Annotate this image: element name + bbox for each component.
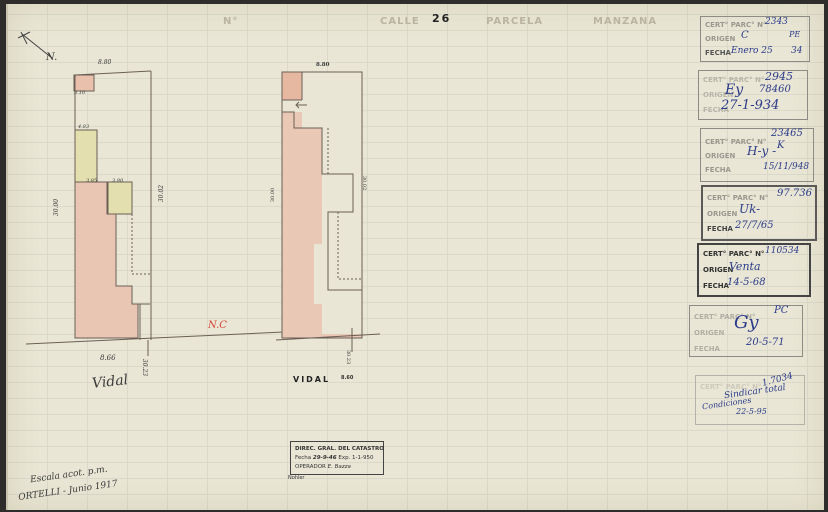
right-street-width: 8.60 xyxy=(341,375,353,381)
cert-stamp-7: CERT° PARC° N° 1.7034 Sindicar total Con… xyxy=(695,375,805,425)
catastro-operator-row: OPERADOR E. Bazza xyxy=(295,464,351,470)
left-corner-label: 3.10 xyxy=(74,90,85,96)
catastro-stamp: DIREC. GRAL. DEL CATASTRO Fecha 29-9-46 … xyxy=(290,441,384,475)
cadastral-sheet: 26 N° CALLE PARCELA MANZANA xyxy=(6,4,824,510)
left-top-width-label: 8.80 xyxy=(98,59,111,66)
right-left-depth-label: 30.00 xyxy=(270,188,276,202)
left-step-label-2: 3.85 xyxy=(86,178,97,184)
right-side-depth-label: 30.23 xyxy=(345,350,351,364)
left-step-label-1: 4.83 xyxy=(78,124,89,130)
left-side-depth-label: 30.23 xyxy=(141,359,148,376)
catastro-date-row: Fecha 29-9-46 Exp. 1-1-950 xyxy=(295,455,374,461)
right-parcel-plan xyxy=(276,72,380,352)
left-right-depth-label: 30.02 xyxy=(158,185,165,202)
catastro-signature: Nohler xyxy=(288,475,305,481)
left-bottom-width-label: 8.66 xyxy=(100,354,116,362)
catastro-title: DIREC. GRAL. DEL CATASTRO xyxy=(295,446,384,452)
right-right-depth-label: 30.02 xyxy=(361,176,367,190)
left-depth-label: 30.00 xyxy=(53,199,60,216)
left-step-label-3: 3.90 xyxy=(112,178,123,184)
right-street-name: VIDAL xyxy=(293,375,330,384)
cert-stamp-1: CERT° PARC° N° ORIGEN FECHA 2343 C PE En… xyxy=(700,16,810,62)
left-parcel-plan xyxy=(26,71,284,356)
cert-stamp-2: CERT° PARC° N° ORIGEN FECHA 2945 Ey 7846… xyxy=(698,70,808,120)
cert-stamp-4: CERT° PARC° N° ORIGEN FECHA 97.736 Uk- 2… xyxy=(701,185,817,241)
north-label: N. xyxy=(46,52,57,63)
cert-stamp-3: CERT° PARC° N° ORIGEN FECHA 23465 H-y - … xyxy=(700,128,814,182)
cert-stamp-5: CERT° PARC° N° ORIGEN FECHA 110534 Venta… xyxy=(697,243,811,297)
right-top-width-label: 8.80 xyxy=(316,62,329,68)
nc-label: N.C xyxy=(208,320,227,331)
cert-stamp-6: CERT° PARC° N° ORIGEN FECHA PC Gy 20-5-7… xyxy=(689,305,803,357)
